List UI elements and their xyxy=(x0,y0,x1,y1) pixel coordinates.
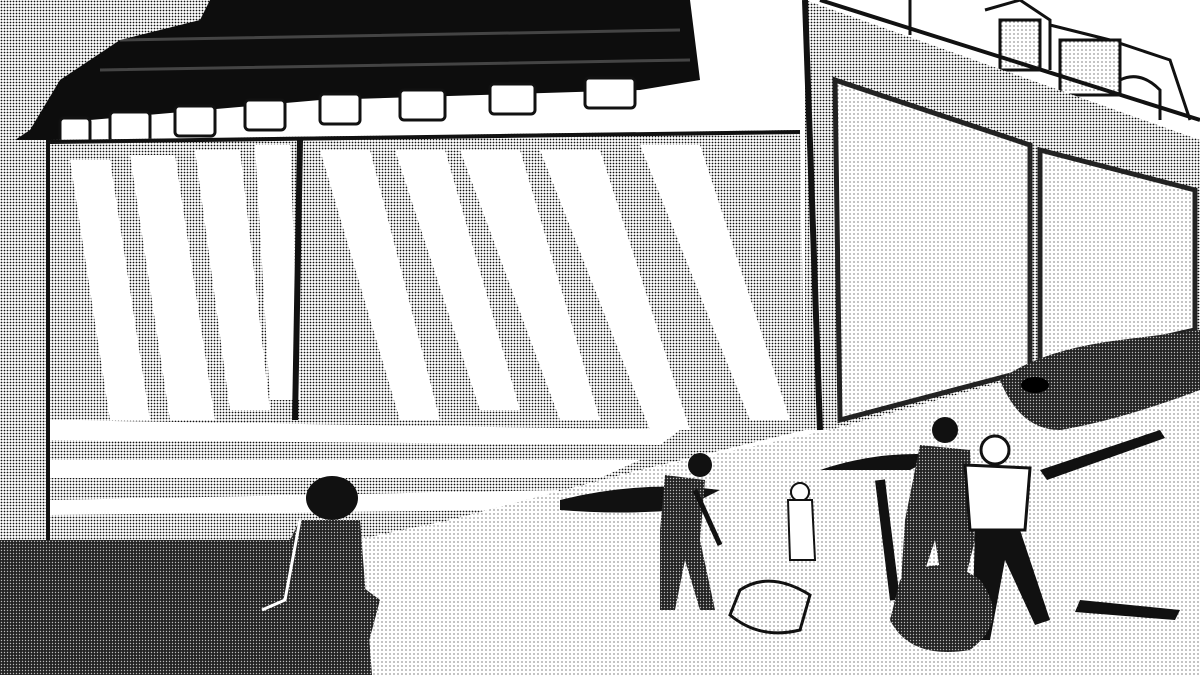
photo-canvas xyxy=(0,0,1200,675)
photograph: Halftone black-and-white historical phot… xyxy=(0,0,1200,675)
left-pillar xyxy=(0,140,50,560)
